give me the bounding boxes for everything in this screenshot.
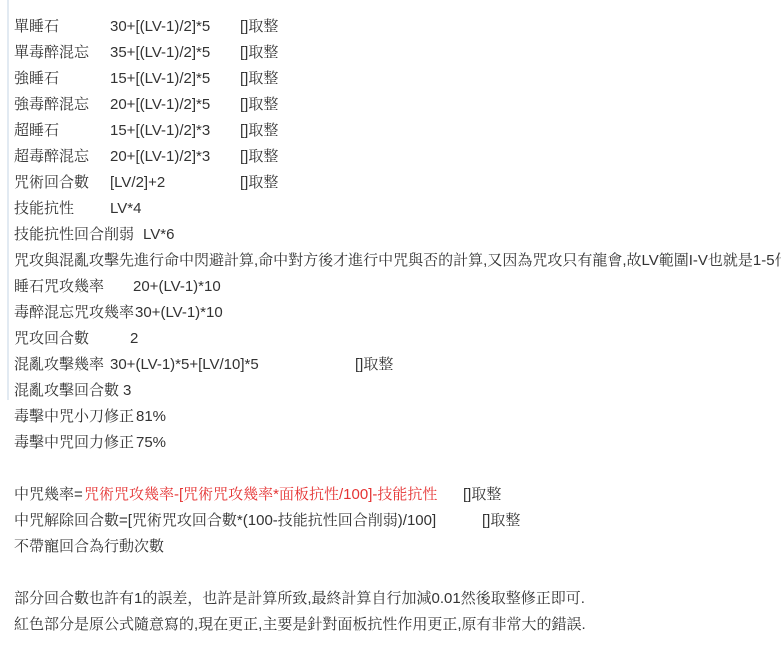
text-segment: 咒攻與混亂攻擊先進行命中閃避計算,命中對方後才進行中咒與否的計算,又因為咒攻只有… <box>14 248 781 274</box>
text-segment: 20+(LV-1)*10 <box>133 274 221 300</box>
text-segment: 20+[(LV-1)/2]*3 <box>110 144 210 170</box>
strong-poison-drunk-confuse-forget-row: 強毒醉混忘20+[(LV-1)/2]*5[]取整 <box>0 92 781 118</box>
super-poison-drunk-confuse-forget-row: 超毒醉混忘20+[(LV-1)/2]*3[]取整 <box>0 144 781 170</box>
text-segment: 35+[(LV-1)/2]*5 <box>110 40 210 66</box>
blank-line <box>0 456 781 482</box>
text-segment: 30+(LV-1)*5+[LV/10]*5 <box>110 352 259 378</box>
text-segment: 30+[(LV-1)/2]*5 <box>110 14 210 40</box>
text-segment: 超睡石 <box>14 118 59 144</box>
text-segment: 紅色部分是原公式隨意寫的,現在更正,主要是針對面板抗性作用更正,原有非常大的錯誤… <box>14 612 586 638</box>
text-segment: 不帶寵回合為行動次數 <box>14 534 164 560</box>
text-segment: 81% <box>136 404 166 430</box>
text-segment: 混亂攻擊幾率 <box>14 352 104 378</box>
text-segment: []取整 <box>463 482 501 508</box>
text-segment: []取整 <box>240 66 278 92</box>
rounding-error-note-row: 部分回合數也許有1的誤差，也許是計算所致,最終計算自行加減0.01然後取整修正即… <box>0 586 781 612</box>
text-segment: 中咒幾率= <box>14 482 83 508</box>
skill-resistance-row: 技能抗性LV*4 <box>0 196 781 222</box>
text-segment: []取整 <box>355 352 393 378</box>
no-pet-rounds-note-row: 不帶寵回合為行動次數 <box>0 534 781 560</box>
text-segment: 中咒解除回合數=[咒術咒攻回合數*(100-技能抗性回合削弱)/100] <box>14 508 436 534</box>
poison-hit-curse-boomerang-correction-row: 毒擊中咒回力修正75% <box>0 430 781 456</box>
text-segment: 毒醉混忘咒攻幾率 <box>14 300 134 326</box>
text-segment: 強毒醉混忘 <box>14 92 89 118</box>
text-segment: []取整 <box>240 144 278 170</box>
text-segment: 部分回合數也許有1的誤差，也許是計算所致,最終計算自行加減0.01然後取整修正即… <box>14 586 585 612</box>
text-segment: 技能抗性 <box>14 196 74 222</box>
text-segment: 咒攻回合數 <box>14 326 89 352</box>
poison-drunk-confuse-forget-curse-rate-row: 毒醉混忘咒攻幾率30+(LV-1)*10 <box>0 300 781 326</box>
text-segment: 單睡石 <box>14 14 59 40</box>
confusion-attack-rate-row: 混亂攻擊幾率30+(LV-1)*5+[LV/10]*5[]取整 <box>0 352 781 378</box>
text-segment: 2 <box>130 326 138 352</box>
blank-line <box>0 560 781 586</box>
red-formula-text: 咒術咒攻幾率-[咒術咒攻幾率*面板抗性/100]-技能抗性 <box>84 482 437 508</box>
single-sleep-stone-row: 單睡石30+[(LV-1)/2]*5[]取整 <box>0 14 781 40</box>
skill-resistance-round-reduction-row: 技能抗性回合削弱LV*6 <box>0 222 781 248</box>
post-content: 單睡石30+[(LV-1)/2]*5[]取整單毒醉混忘35+[(LV-1)/2]… <box>0 0 781 654</box>
strong-sleep-stone-row: 強睡石15+[(LV-1)/2]*5[]取整 <box>0 66 781 92</box>
text-segment: 強睡石 <box>14 66 59 92</box>
text-segment: 咒術回合數 <box>14 170 89 196</box>
text-segment: LV*4 <box>110 196 141 222</box>
text-segment: 20+[(LV-1)/2]*5 <box>110 92 210 118</box>
text-segment: 超毒醉混忘 <box>14 144 89 170</box>
text-segment: 睡石咒攻幾率 <box>14 274 104 300</box>
confusion-attack-rounds-row: 混亂攻擊回合數3 <box>0 378 781 404</box>
text-segment: [LV/2]+2 <box>110 170 165 196</box>
text-segment: 3 <box>123 378 131 404</box>
text-segment: []取整 <box>240 14 278 40</box>
sleep-stone-curse-rate-row: 睡石咒攻幾率20+(LV-1)*10 <box>0 274 781 300</box>
text-segment: 15+[(LV-1)/2]*5 <box>110 66 210 92</box>
text-segment: 毒擊中咒小刀修正 <box>14 404 134 430</box>
text-segment: 毒擊中咒回力修正 <box>14 430 134 456</box>
text-segment: []取整 <box>240 40 278 66</box>
text-segment: []取整 <box>240 118 278 144</box>
curse-rounds-row: 咒術回合數[LV/2]+2[]取整 <box>0 170 781 196</box>
single-poison-drunk-confuse-forget-row: 單毒醉混忘35+[(LV-1)/2]*5[]取整 <box>0 40 781 66</box>
curse-confusion-explanation-paragraph: 咒攻與混亂攻擊先進行命中閃避計算,命中對方後才進行中咒與否的計算,又因為咒攻只有… <box>0 248 781 274</box>
text-segment: []取整 <box>482 508 520 534</box>
curse-hit-rate-formula-row: 中咒幾率=咒術咒攻幾率-[咒術咒攻幾率*面板抗性/100]-技能抗性[]取整 <box>0 482 781 508</box>
text-segment: []取整 <box>240 92 278 118</box>
text-segment: 15+[(LV-1)/2]*3 <box>110 118 210 144</box>
text-segment: 30+(LV-1)*10 <box>135 300 223 326</box>
text-segment: 混亂攻擊回合數 <box>14 378 119 404</box>
text-segment: 單毒醉混忘 <box>14 40 89 66</box>
super-sleep-stone-row: 超睡石15+[(LV-1)/2]*3[]取整 <box>0 118 781 144</box>
text-segment: 75% <box>136 430 166 456</box>
curse-removal-rounds-formula-row: 中咒解除回合數=[咒術咒攻回合數*(100-技能抗性回合削弱)/100][]取整 <box>0 508 781 534</box>
text-segment: LV*6 <box>143 222 174 248</box>
text-segment: 技能抗性回合削弱 <box>14 222 134 248</box>
curse-attack-rounds-row: 咒攻回合數2 <box>0 326 781 352</box>
poison-hit-curse-knife-correction-row: 毒擊中咒小刀修正81% <box>0 404 781 430</box>
red-correction-note-row: 紅色部分是原公式隨意寫的,現在更正,主要是針對面板抗性作用更正,原有非常大的錯誤… <box>0 612 781 638</box>
text-segment: []取整 <box>240 170 278 196</box>
